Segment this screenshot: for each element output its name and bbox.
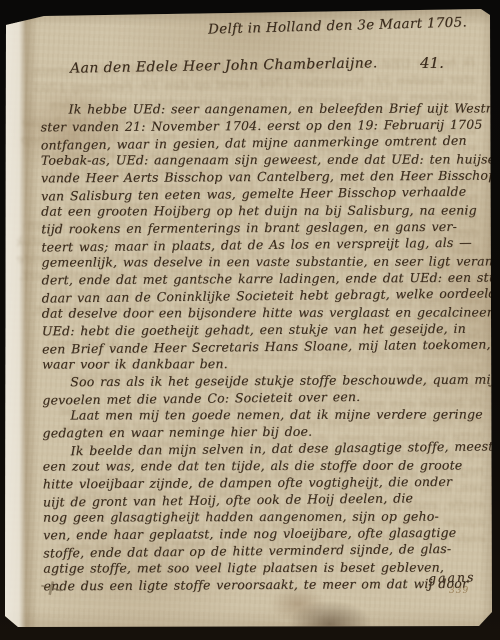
- dateline: Delft in Holland den 3e Maart 1705.: [208, 14, 467, 37]
- manuscript-line: Ik hebbe UEd: seer aangenamen, en beleef…: [41, 99, 489, 117]
- manuscript-line: een zout was, ende dat ten tijde, als di…: [43, 456, 491, 474]
- manuscript-line: waar voor ik dankbaar ben.: [42, 354, 490, 372]
- manuscript-line: agtige stoffe, met soo veel ligte plaats…: [43, 558, 491, 576]
- pencil-cross-mark: +: [35, 573, 68, 604]
- manuscript-line: Toebak-as, UEd: aangenaam sijn geweest, …: [41, 150, 489, 168]
- manuscript-line: dat een grooten Hoijberg op het duijn na…: [41, 201, 489, 219]
- letter-body: Ik hebbe UEd: seer aangenamen, en beleef…: [40, 99, 491, 595]
- pencil-page-number: 339: [449, 586, 469, 596]
- manuscript-line: nog geen glasagtigheijt hadden aangenome…: [43, 507, 491, 525]
- manuscript-line: Laat men mij ten goede nemen, dat ik mij…: [42, 405, 490, 423]
- catchword: gaans: [428, 569, 476, 586]
- letter-page: Ik hebbe UEd: seer aangenamen, en beleef…: [0, 0, 500, 640]
- photo-stage: Ik hebbe UEd: seer aangenamen, en beleef…: [0, 0, 500, 640]
- manuscript-line: ende dus een ligte stoffe veroorsaakt, t…: [43, 575, 491, 595]
- manuscript-line: gemeenlijk, was deselve in een vaste sub…: [41, 252, 489, 270]
- manuscript-line: dat deselve door een bijsondere hitte wa…: [42, 303, 490, 321]
- folio-number: 41.: [420, 54, 444, 72]
